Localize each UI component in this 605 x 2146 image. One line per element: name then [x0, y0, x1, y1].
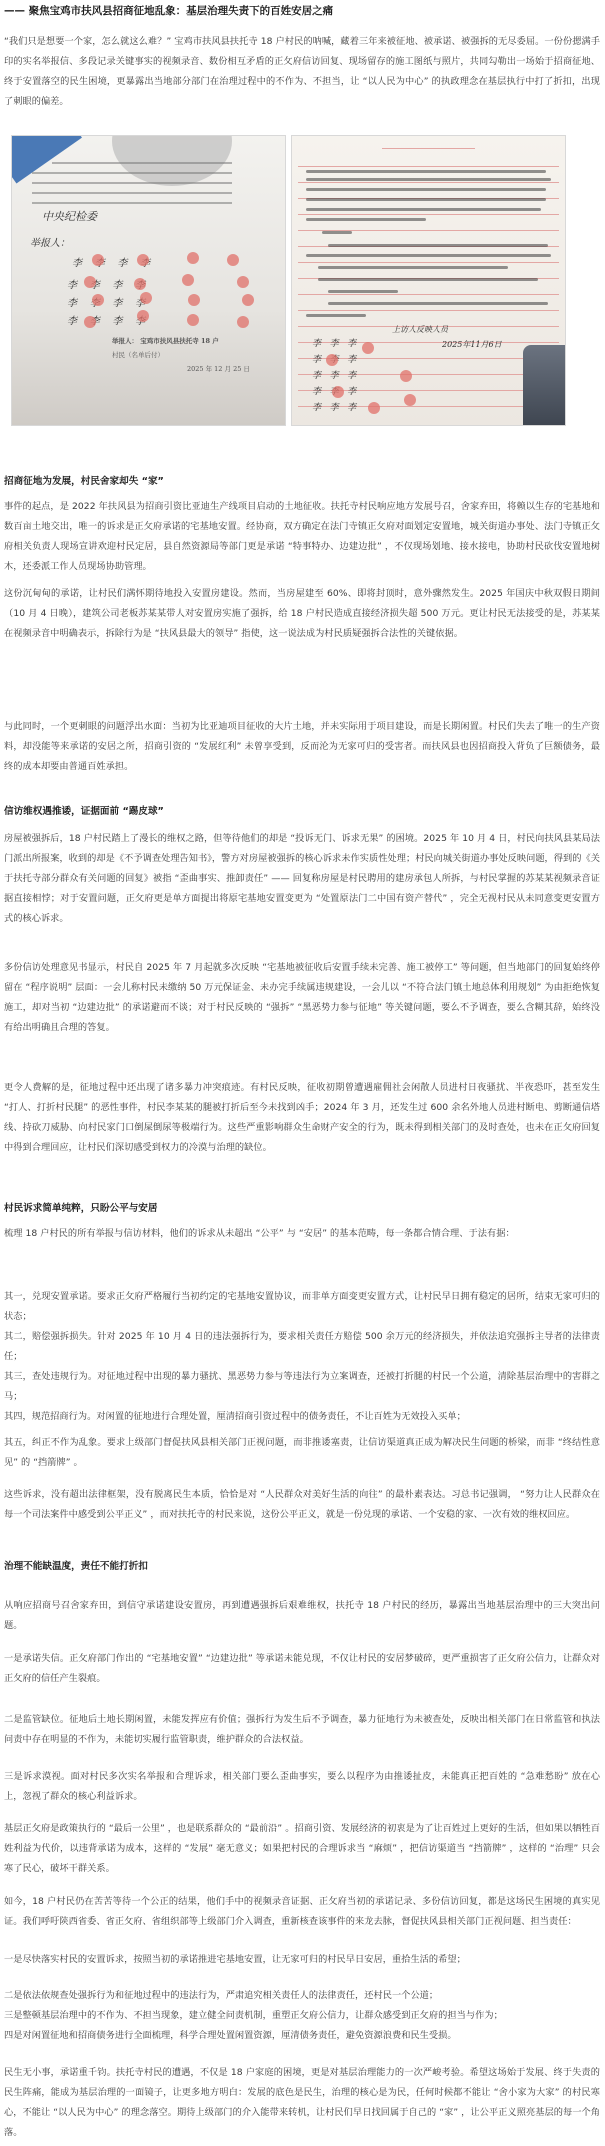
- section-paragraph: 从响应招商号召舍家弃田，到信守承诺建设安置房，再到遭遇强拆后艰难维权，扶托寺 1…: [4, 1596, 600, 1636]
- intro-paragraph: “我们只是想要一个家，怎么就这么难？” 宝鸡市扶风县扶托寺 18 户村民的呐喊，…: [4, 32, 600, 112]
- section-heading: 信访维权遇推诿，证据面前 “踢皮球”: [4, 805, 164, 819]
- section-paragraph: 基层正攵府是政策执行的 “最后一公里” ，也是联系群众的 “最前沿” 。招商引资…: [4, 1819, 600, 1879]
- section-paragraph: 梳理 18 户村民的所有举报与信访材料，他们的诉求从未超出 “公平” 与 “安居…: [4, 1224, 600, 1244]
- section-paragraph: 这些诉求，没有超出法律框架，没有脱离民生本质，恰恰是对 “人民群众对美好生活的向…: [4, 1485, 600, 1525]
- section-paragraph: 一是尽快落实村民的安置诉求，按照当初的承诺推进宅基地安置，让无家可归的村民早日安…: [4, 1950, 600, 1970]
- letter-date: 2025年11月6日: [442, 339, 502, 350]
- appeal-list: 二是依法依规查处强拆行为和征地过程中的违法行为，严肃追究相关责任人的法律责任，还…: [4, 1986, 600, 2046]
- section-heading: 招商征地为发展，村民舍家却失 “家”: [4, 475, 164, 489]
- section-paragraph: 房屋被强拆后，18 户村民踏上了漫长的维权之路，但等待他们的却是 “投诉无门、诉…: [4, 829, 600, 929]
- signer-name: 宝鸡市扶风县扶托寺 18 户: [140, 337, 219, 345]
- section-heading: 村民诉求简单纯粹，只盼公平与安居: [4, 1202, 158, 1216]
- petition-date: 2025 年 12 月 25 日: [187, 364, 250, 373]
- section-paragraph: 一是承诺失信。正攵府部门作出的 “宅基地安置” “边建边批” 等承诺未能兑现，不…: [4, 1649, 600, 1689]
- letter-org: 上访人反映人员: [392, 324, 448, 335]
- signer-label: 举报人：: [112, 337, 138, 345]
- addressee-handwriting: 中央纪检委: [42, 208, 97, 224]
- photo-shadow: [523, 345, 565, 425]
- petition-photo-right: 上访人反映人员 2025年11月6日 李 李 李 李 李 李 李 李 李 李 李…: [291, 135, 566, 426]
- section-heading: 治理不能缺温度，责任不能打折扣: [4, 1560, 148, 1574]
- demands-list: 其一，兑现安置承诺。要求正攵府严格履行当初约定的宅基地安置协议，而非单方面变更安…: [4, 1287, 600, 1427]
- article-title: —— 聚焦宝鸡市扶风县招商征地乱象：基层治理失责下的百姓安居之痛: [4, 4, 333, 18]
- section-paragraph: 三是诉求漠视。面对村民多次实名举报和合理诉求，相关部门要么歪曲事实，要么以程序为…: [4, 1767, 600, 1807]
- section-paragraph: 其五，纠正不作为乱象。要求上级部门督促扶风县相关部门正视问题，而非推诿塞责，让信…: [4, 1433, 600, 1473]
- section-paragraph: 二是监管缺位。征地后土地长期闲置，未能发挥应有价值；强拆行为发生后不予调查，暴力…: [4, 1710, 600, 1750]
- section-paragraph: 多份信访处理意见书显示，村民自 2025 年 7 月起就多次反映 “宅基地被征收…: [4, 958, 600, 1038]
- section-paragraph: 如今，18 户村民仍在苦苦等待一个公正的结果，他们手中的视频录音证据、正攵府当初…: [4, 1892, 600, 1932]
- section-paragraph: 这份沉甸甸的承诺，让村民们满怀期待地投入安置房建设。然而，当房屋建至 60%、即…: [4, 584, 600, 644]
- section-paragraph: 与此同时，一个更刺眼的问题浮出水面：当初为比亚迪项目征收的大片土地，并未实际用于…: [4, 717, 600, 777]
- signer-label-handwriting: 举报人：: [30, 234, 70, 249]
- section-paragraph: 事件的起点，是 2022 年扶风县为招商引资比亚迪生产线项目启动的土地征收。扶托…: [4, 497, 600, 577]
- signer-sub: 村民（名单后付）: [112, 350, 164, 359]
- petition-photo-left: 中央纪检委 举报人： 李 李 李 李 李 李 李 李 李 李 李 李 李 李 李…: [11, 135, 286, 426]
- closing-paragraph: 民生无小事，承诺重千钧。扶托寺村民的遭遇，不仅是 18 户家庭的困境，更是对基层…: [4, 2063, 600, 2143]
- section-paragraph: 更令人费解的是，征地过程中还出现了诸多暴力冲突痕迹。有村民反映，征收初期曾遭遇雇…: [4, 1078, 600, 1158]
